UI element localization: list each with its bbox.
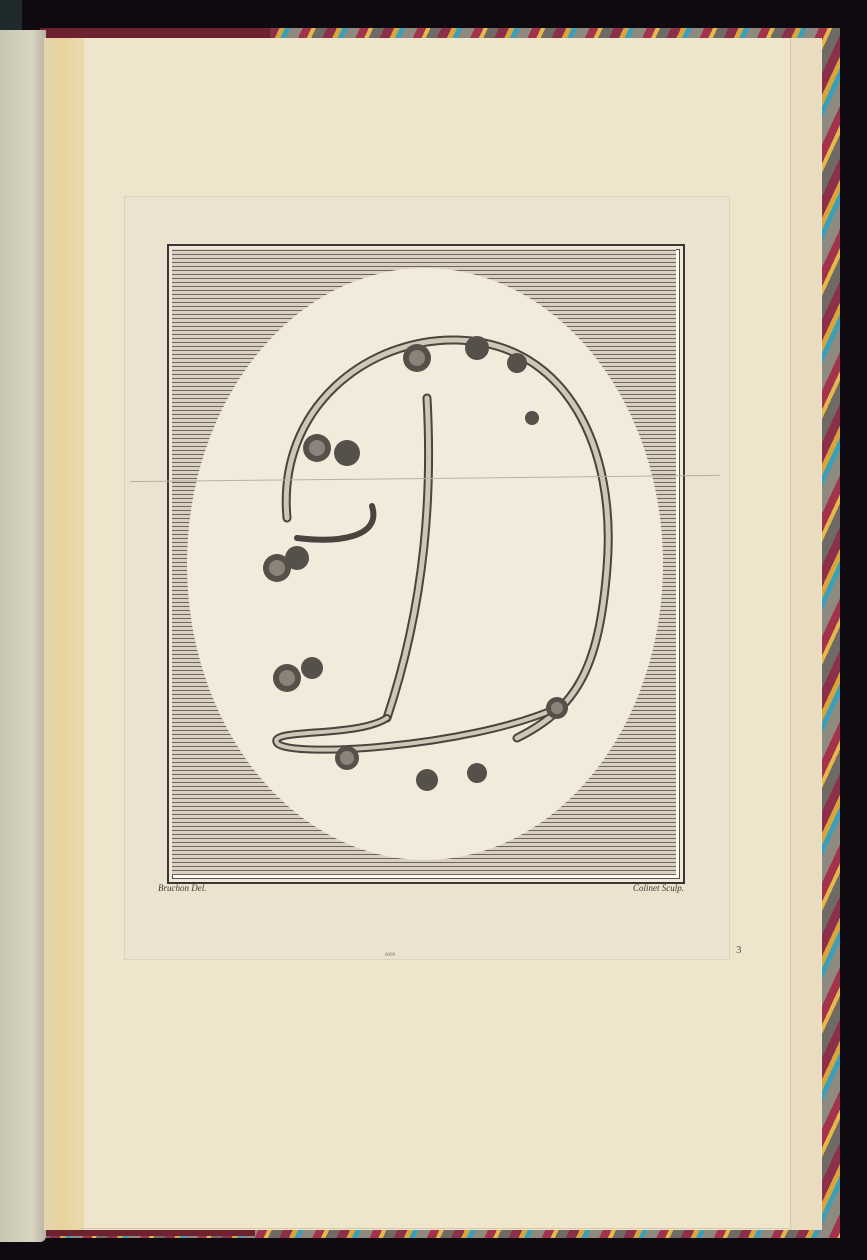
page-fore-edge [790, 38, 821, 1230]
caption-engraver: Colinet Sculp. [633, 883, 684, 893]
binding-red-top [40, 28, 270, 38]
ornamental-letter-d-icon [187, 268, 663, 860]
facing-page-edge [0, 30, 46, 1242]
page-gutter [44, 38, 84, 1230]
plate-number: 3 [736, 944, 742, 956]
scan-background-corner [0, 0, 22, 30]
caption-designer: Bruchon Del. [158, 883, 207, 893]
stamp-mark: 6099 [385, 953, 395, 958]
